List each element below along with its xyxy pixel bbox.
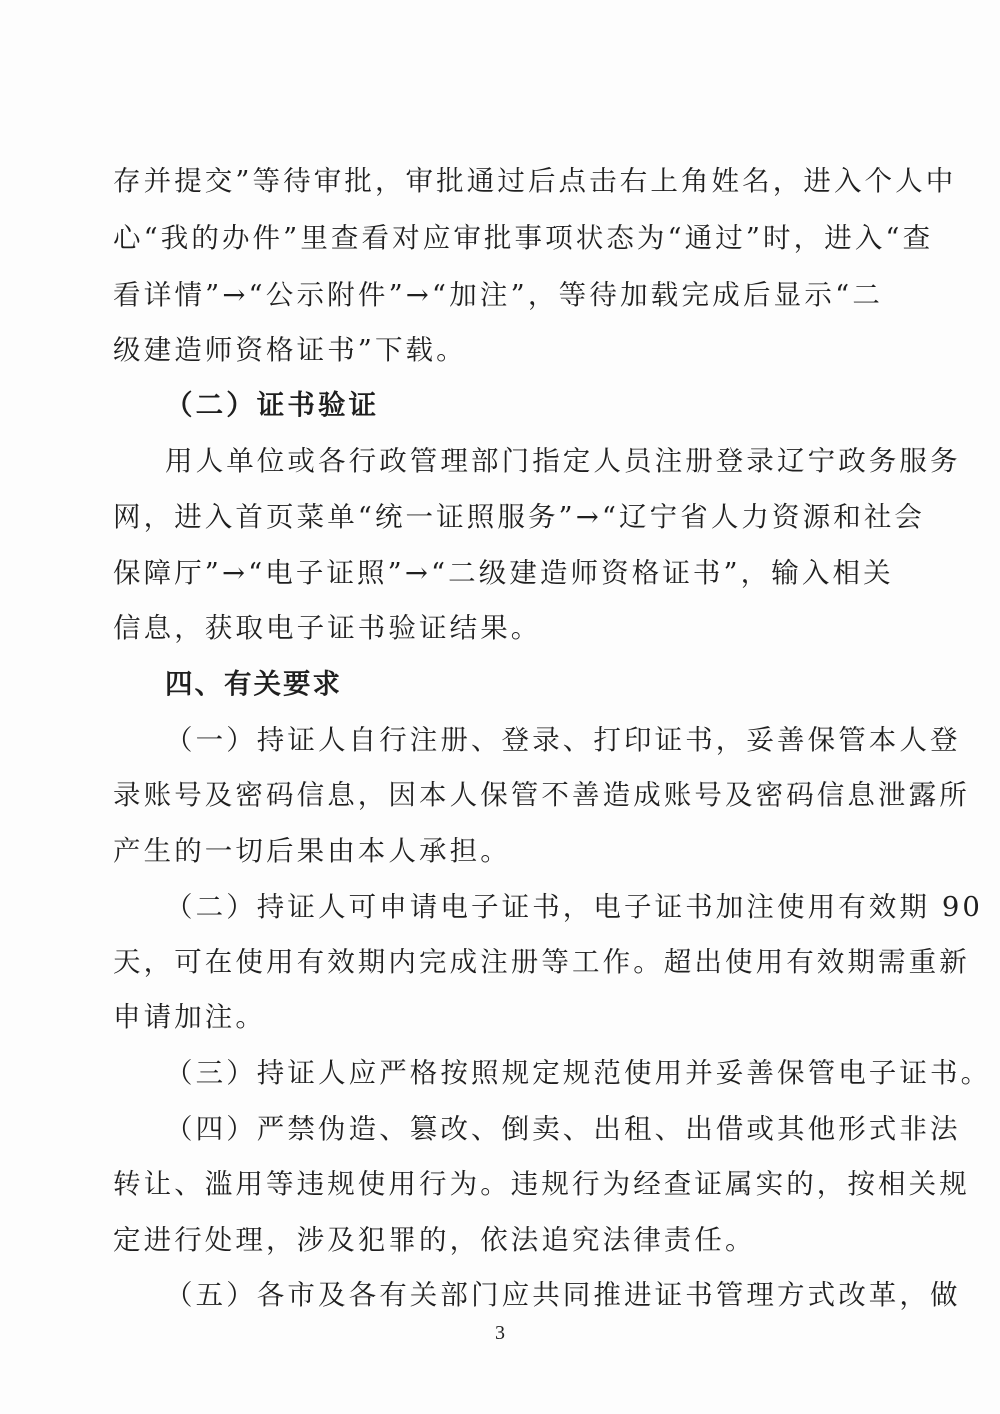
text-line: （四）严禁伪造、篡改、倒卖、出租、出借或其他形式非法 xyxy=(165,1113,883,1145)
text-line: 用人单位或各行政管理部门指定人员注册登录辽宁政务服务 xyxy=(165,445,883,477)
document-page: 存并提交”等待审批，审批通过后点击右上角姓名，进入个人中心“我的办件”里查看对应… xyxy=(0,0,1000,1414)
section-heading: 四、有关要求 xyxy=(165,668,883,700)
text-line: 级建造师资格证书”下载。 xyxy=(113,334,883,366)
text-line: 保障厅”→“电子证照”→“二级建造师资格证书”，输入相关 xyxy=(113,557,883,589)
text-line: （五）各市及各有关部门应共同推进证书管理方式改革，做 xyxy=(165,1279,883,1311)
text-line: 存并提交”等待审批，审批通过后点击右上角姓名，进入个人中 xyxy=(113,165,883,197)
text-line: 转让、滥用等违规使用行为。违规行为经查证属实的，按相关规 xyxy=(113,1168,883,1200)
text-line: 信息，获取电子证书验证结果。 xyxy=(113,612,883,644)
text-line: （一）持证人自行注册、登录、打印证书，妥善保管本人登 xyxy=(165,724,883,756)
text-line: 看详情”→“公示附件”→“加注”，等待加载完成后显示“二 xyxy=(113,279,883,311)
text-line: 网，进入首页菜单“统一证照服务”→“辽宁省人力资源和社会 xyxy=(113,501,883,533)
text-line: 产生的一切后果由本人承担。 xyxy=(113,835,883,867)
text-line: （二）持证人可申请电子证书，电子证书加注使用有效期 90 xyxy=(165,891,883,923)
text-line: 天，可在使用有效期内完成注册等工作。超出使用有效期需重新 xyxy=(113,946,883,978)
text-line: 心“我的办件”里查看对应审批事项状态为“通过”时，进入“查 xyxy=(113,222,883,254)
text-line: 定进行处理，涉及犯罪的，依法追究法律责任。 xyxy=(113,1224,883,1256)
text-line: （三）持证人应严格按照规定规范使用并妥善保管电子证书。 xyxy=(165,1057,883,1089)
text-line: 申请加注。 xyxy=(113,1001,883,1033)
subsection-heading: （二）证书验证 xyxy=(165,389,883,421)
text-line: 录账号及密码信息，因本人保管不善造成账号及密码信息泄露所 xyxy=(113,779,883,811)
page-number: 3 xyxy=(0,1322,1000,1345)
